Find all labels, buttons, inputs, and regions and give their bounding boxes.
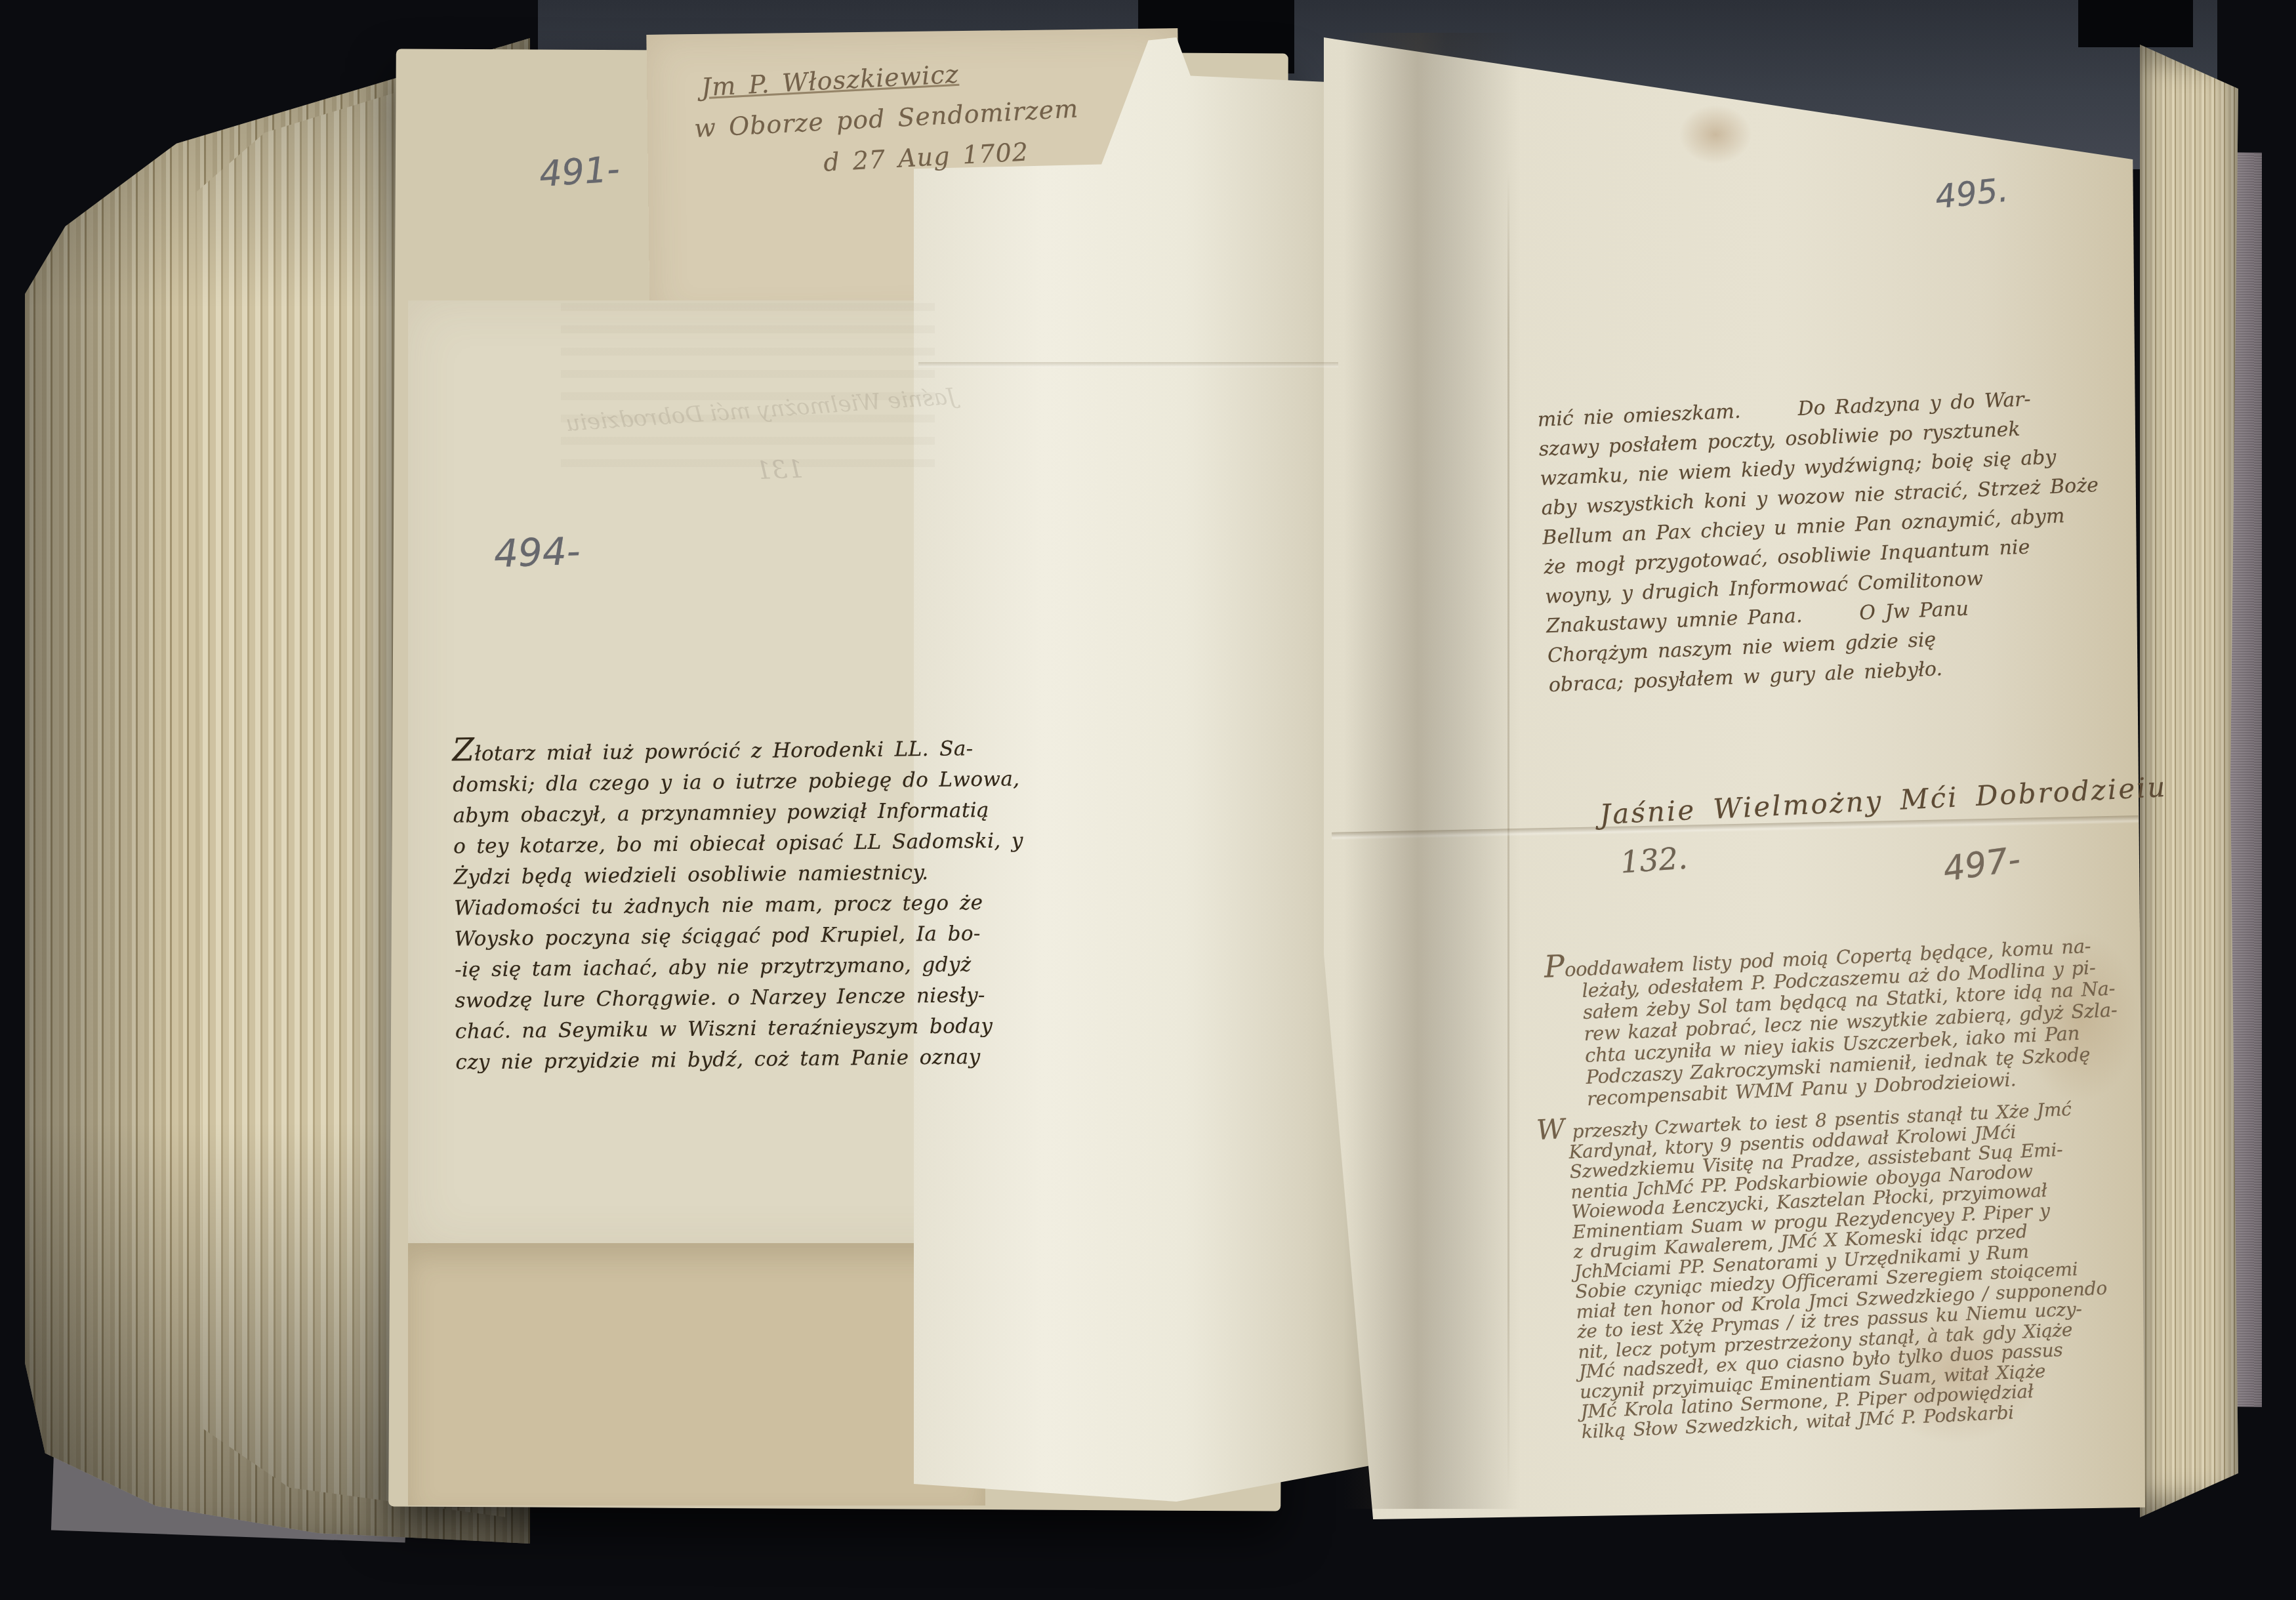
left-page-bottom-sheet — [408, 1243, 985, 1506]
background-dark-corner — [2078, 0, 2193, 47]
right-page-top-text: mić nie omieszkam. Do Radzyna y do War-s… — [1537, 380, 2159, 701]
pencil-page-number-494: 494- — [493, 529, 581, 577]
right-page-paragraph-2: W przeszły Czwartek to iest 8 psentis st… — [1536, 1092, 2179, 1443]
paper-stain — [1679, 105, 1752, 164]
right-page-paragraph-1: Pooddawałem listy pod moią Copertą będąc… — [1544, 928, 2173, 1112]
pencil-page-number-491: 491- — [538, 148, 621, 195]
guard-sheet-seam — [918, 362, 1338, 367]
text-line: czy nie przyidzie mi bydź, coż tam Panie… — [455, 1041, 1033, 1078]
left-page-letter-text: Złotarz miał iuż powrócić z Horodenki LL… — [452, 729, 1033, 1078]
manuscript-photo: Jm P. Włoszkiewiczw Oborze pod Sendomirz… — [0, 0, 2296, 1600]
text-line: o tey kotarze, bo mi obiecał opisać LL S… — [453, 825, 1031, 862]
pencil-page-number-495: 495. — [1933, 171, 2010, 216]
bleedthrough-number: 131 — [755, 455, 804, 485]
text-line: Złotarz miał iuż powrócić z Horodenki LL… — [452, 729, 1030, 769]
address-inscription: Jm P. Włoszkiewiczw Oborze pod Sendomirz… — [701, 46, 1113, 189]
reference-number-132: 132. — [1619, 840, 1689, 880]
